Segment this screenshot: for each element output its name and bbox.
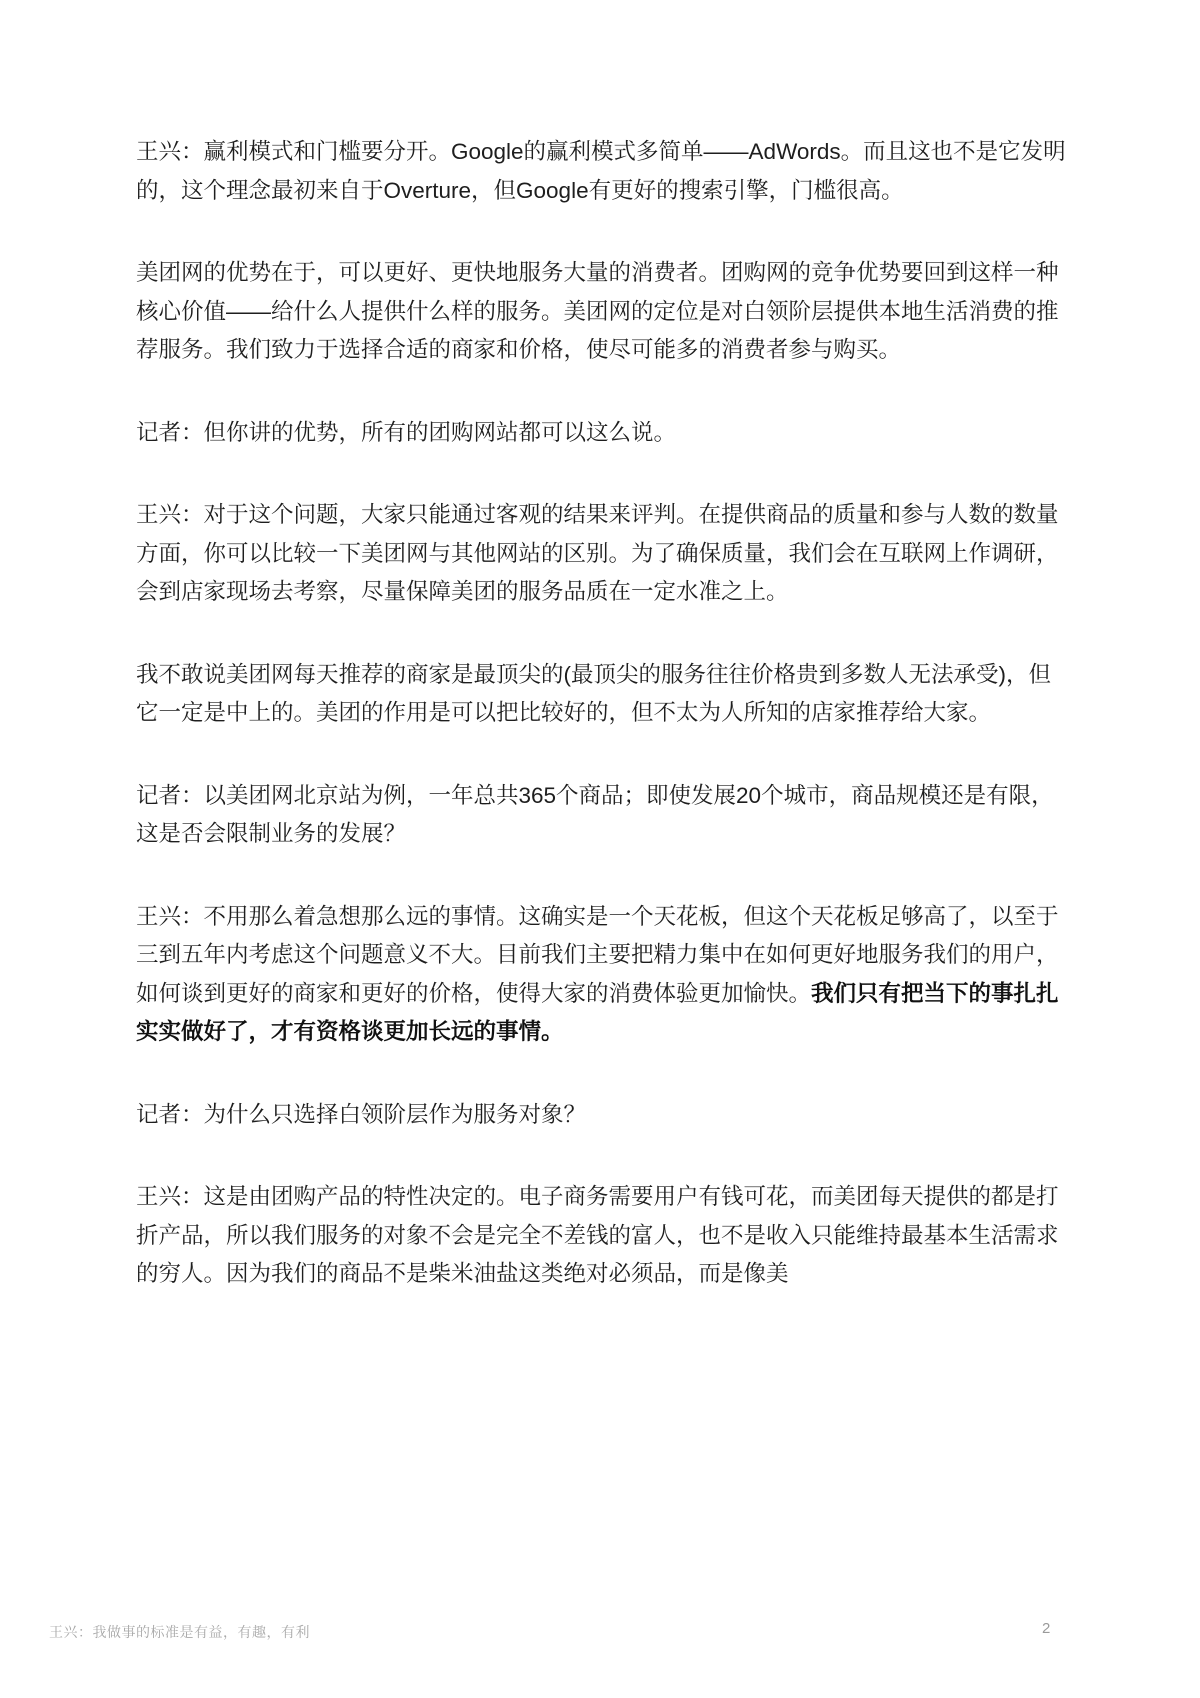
paragraph-2: 美团网的优势在于，可以更好、更快地服务大量的消费者。团购网的竞争优势要回到这样一… — [136, 254, 1068, 370]
paragraph-text: 记者：但你讲的优势，所有的团购网站都可以这么说。 — [136, 420, 676, 445]
footer-title: 王兴：我做事的标准是有益，有趣，有利 — [49, 1622, 310, 1642]
page-number: 2 — [1042, 1620, 1050, 1637]
paragraph-4: 王兴：对于这个问题，大家只能通过客观的结果来评判。在提供商品的质量和参与人数的数… — [136, 496, 1068, 612]
paragraph-9: 王兴：这是由团购产品的特性决定的。电子商务需要用户有钱可花，而美团每天提供的都是… — [136, 1178, 1068, 1294]
paragraph-5: 我不敢说美团网每天推荐的商家是最顶尖的(最顶尖的服务往往价格贵到多数人无法承受)… — [136, 656, 1068, 733]
paragraph-text: 记者：为什么只选择白领阶层作为服务对象？ — [136, 1102, 586, 1127]
paragraph-text: 记者：以美团网北京站为例，一年总共365个商品；即使发展20个城市，商品规模还是… — [136, 783, 1054, 847]
page-content: 王兴：赢利模式和门槛要分开。Google的赢利模式多简单——AdWords。而且… — [136, 133, 1068, 1338]
paragraph-7: 王兴：不用那么着急想那么远的事情。这确实是一个天花板，但这个天花板足够高了，以至… — [136, 898, 1068, 1052]
document-page: 王兴：赢利模式和门槛要分开。Google的赢利模式多简单——AdWords。而且… — [0, 0, 1200, 1698]
paragraph-1: 王兴：赢利模式和门槛要分开。Google的赢利模式多简单——AdWords。而且… — [136, 133, 1068, 210]
paragraph-text: 王兴：对于这个问题，大家只能通过客观的结果来评判。在提供商品的质量和参与人数的数… — [136, 502, 1059, 604]
paragraph-text: 我不敢说美团网每天推荐的商家是最顶尖的(最顶尖的服务往往价格贵到多数人无法承受)… — [136, 662, 1051, 726]
paragraph-3: 记者：但你讲的优势，所有的团购网站都可以这么说。 — [136, 414, 1068, 453]
paragraph-text: 王兴：这是由团购产品的特性决定的。电子商务需要用户有钱可花，而美团每天提供的都是… — [136, 1184, 1059, 1286]
paragraph-text: 王兴：赢利模式和门槛要分开。Google的赢利模式多简单——AdWords。而且… — [136, 139, 1066, 203]
paragraph-text: 美团网的优势在于，可以更好、更快地服务大量的消费者。团购网的竞争优势要回到这样一… — [136, 260, 1059, 362]
paragraph-8: 记者：为什么只选择白领阶层作为服务对象？ — [136, 1096, 1068, 1135]
paragraph-6: 记者：以美团网北京站为例，一年总共365个商品；即使发展20个城市，商品规模还是… — [136, 777, 1068, 854]
